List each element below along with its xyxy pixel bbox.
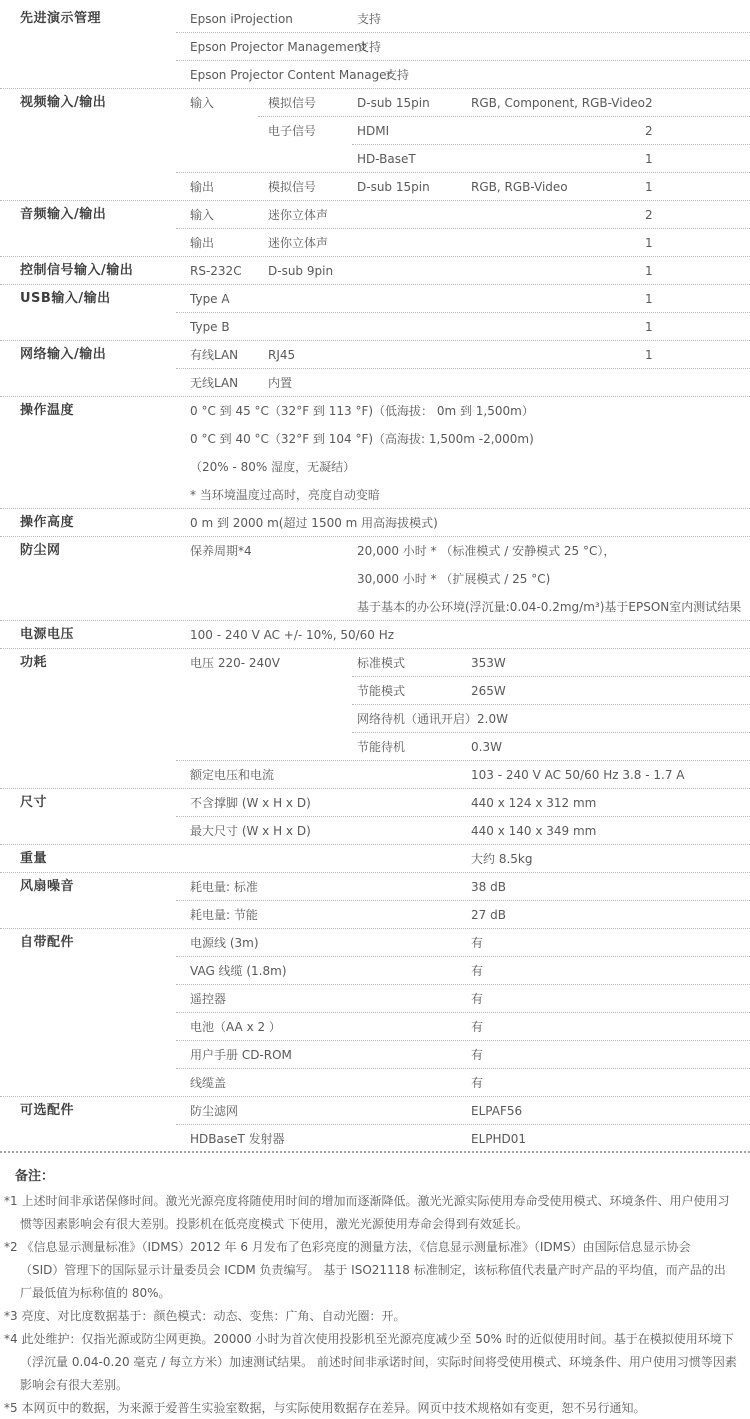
spec-cell: 最大尺寸 (W x H x D)	[190, 817, 311, 845]
note-line: *3 亮度、对比度数据基于：颜色模式：动态、变焦：广角、自动光圈：开。	[0, 1305, 750, 1328]
spec-row: 风扇噪音耗电量: 标准38 dB	[0, 873, 750, 901]
spec-cell: HDMI	[357, 117, 389, 145]
spec-cell: RGB, Component, RGB-Video	[471, 89, 645, 117]
note-line: 厂最低值为标称值的 80%。	[0, 1282, 750, 1305]
spec-cell: 有	[471, 957, 483, 985]
spec-cell: 0 °C 到 45 °C（32°F 到 113 °F)（低海拔： 0m 到 1,…	[190, 397, 534, 425]
spec-cell: 27 dB	[471, 901, 506, 929]
spec-cell: 电池（AA x 2 ）	[190, 1013, 281, 1041]
spec-cell: 无线LAN	[190, 369, 238, 397]
spec-cell: 2	[645, 89, 653, 117]
category-label: 操作高度	[20, 509, 74, 537]
spec-cell: 耗电量: 标准	[190, 873, 258, 901]
spec-cell: 2	[645, 201, 653, 229]
spec-row: （20% - 80% 湿度，无凝结）	[0, 453, 750, 481]
spec-cell: 额定电压和电流	[190, 761, 274, 789]
note-line: 惯等因素影响会有很大差别。投影机在低亮度模式 下使用，激光光源使用寿命会得到有效…	[0, 1213, 750, 1236]
notes-section: 备注： *1 上述时间非承诺保修时间。激光光源亮度将随使用时间的增加而逐渐降低。…	[0, 1164, 750, 1419]
spec-cell: 103 - 240 V AC 50/60 Hz 3.8 - 1.7 A	[471, 761, 684, 789]
category-label: 操作温度	[20, 397, 74, 425]
spec-cell: ELPAF56	[471, 1097, 522, 1125]
spec-cell: 1	[645, 285, 653, 313]
note-line: *1 上述时间非承诺保修时间。激光光源亮度将随使用时间的增加而逐渐降低。激光光源…	[0, 1190, 750, 1213]
spec-cell: 输入	[190, 89, 214, 117]
spec-cell: 有	[471, 1041, 483, 1069]
spec-cell: （20% - 80% 湿度，无凝结）	[190, 453, 355, 481]
spec-row: 电源电压100 - 240 V AC +/- 10%, 50/60 Hz	[0, 621, 750, 649]
spec-cell: 标准模式	[357, 649, 405, 677]
spec-cell: 内置	[268, 369, 292, 397]
spec-cell: 支持	[357, 33, 381, 61]
spec-cell: VAG 线缆 (1.8m)	[190, 957, 287, 985]
spec-cell: 线缆盖	[190, 1069, 226, 1097]
spec-row: * 当环境温度过高时，亮度自动变暗	[0, 481, 750, 509]
spec-cell: 迷你立体声	[268, 201, 328, 229]
spec-cell: 2	[645, 117, 653, 145]
spec-row: 可选配件防尘滤网ELPAF56	[0, 1097, 750, 1125]
spec-cell: 100 - 240 V AC +/- 10%, 50/60 Hz	[190, 621, 394, 649]
spec-row: VAG 线缆 (1.8m)有	[0, 957, 750, 985]
spec-page: 先进演示管理Epson iProjection支持Epson Projector…	[0, 0, 750, 1419]
spec-cell: 输出	[190, 229, 214, 257]
spec-row: 输出迷你立体声1	[0, 229, 750, 257]
spec-row: 控制信号输入/输出RS-232CD-sub 9pin1	[0, 257, 750, 285]
spec-cell: 20,000 小时 * （标准模式 / 安静模式 25 °C），	[357, 537, 615, 565]
spec-cell: RS-232C	[190, 257, 242, 285]
spec-cell: 迷你立体声	[268, 229, 328, 257]
spec-cell: 支持	[385, 61, 409, 89]
category-label: USB输入/输出	[20, 285, 111, 313]
spec-row: 用户手册 CD-ROM有	[0, 1041, 750, 1069]
note-lines: *1 上述时间非承诺保修时间。激光光源亮度将随使用时间的增加而逐渐降低。激光光源…	[0, 1190, 750, 1419]
spec-cell: 0 m 到 2000 m(超过 1500 m 用高海拔模式)	[190, 509, 438, 537]
category-label: 防尘网	[20, 537, 61, 565]
spec-cell: ELPHD01	[471, 1125, 526, 1153]
spec-row: 音频输入/输出输入迷你立体声2	[0, 201, 750, 229]
spec-row: 防尘网保养周期*420,000 小时 * （标准模式 / 安静模式 25 °C）…	[0, 537, 750, 565]
spec-row: 节能待机0.3W	[0, 733, 750, 761]
spec-cell: 模拟信号	[268, 173, 316, 201]
spec-cell: Type A	[190, 285, 230, 313]
spec-row: 30,000 小时 * （扩展模式 / 25 °C)	[0, 565, 750, 593]
spec-row: 操作温度0 °C 到 45 °C（32°F 到 113 °F)（低海拔： 0m …	[0, 397, 750, 425]
spec-cell: 节能待机	[357, 733, 405, 761]
spec-row: 基于基本的办公环境(浮沉量:0.04-0.2mg/m³)基于EPSON室内测试结…	[0, 593, 750, 621]
spec-cell: 440 x 140 x 349 mm	[471, 817, 596, 845]
spec-cell: 耗电量: 节能	[190, 901, 258, 929]
spec-cell: Epson Projector Management	[190, 33, 366, 61]
spec-row: 节能模式265W	[0, 677, 750, 705]
row-divider	[0, 1151, 750, 1153]
spec-cell: 有	[471, 1013, 483, 1041]
spec-row: 先进演示管理Epson iProjection支持	[0, 5, 750, 33]
category-label: 重量	[20, 845, 47, 873]
spec-cell: RGB, RGB-Video	[471, 173, 568, 201]
category-label: 控制信号输入/输出	[20, 257, 133, 285]
category-label: 可选配件	[20, 1097, 74, 1125]
spec-row: 额定电压和电流103 - 240 V AC 50/60 Hz 3.8 - 1.7…	[0, 761, 750, 789]
spec-row: HDBaseT 发射器ELPHD01	[0, 1125, 750, 1153]
category-label: 视频输入/输出	[20, 89, 106, 117]
spec-row: 操作高度0 m 到 2000 m(超过 1500 m 用高海拔模式)	[0, 509, 750, 537]
spec-cell: 防尘滤网	[190, 1097, 238, 1125]
spec-cell: 电子信号	[268, 117, 316, 145]
spec-cell: 265W	[471, 677, 506, 705]
spec-cell: HDBaseT 发射器	[190, 1125, 285, 1153]
category-label: 自带配件	[20, 929, 74, 957]
spec-row: 电子信号HDMI2	[0, 117, 750, 145]
spec-row: 尺寸不含撑脚 (W x H x D)440 x 124 x 312 mm	[0, 789, 750, 817]
spec-cell: 大约 8.5kg	[471, 845, 532, 873]
spec-row: 电池（AA x 2 ）有	[0, 1013, 750, 1041]
spec-row: 自带配件电源线 (3m)有	[0, 929, 750, 957]
spec-row: 网络输入/输出有线LANRJ451	[0, 341, 750, 369]
spec-row: Epson Projector Content Manager支持	[0, 61, 750, 89]
spec-cell: 0.3W	[471, 733, 502, 761]
spec-row: Epson Projector Management支持	[0, 33, 750, 61]
spec-cell: 输入	[190, 201, 214, 229]
category-label: 风扇噪音	[20, 873, 74, 901]
spec-cell: HD-BaseT	[357, 145, 416, 173]
spec-cell: 有	[471, 985, 483, 1013]
spec-row: USB输入/输出Type A1	[0, 285, 750, 313]
spec-cell: 有	[471, 1069, 483, 1097]
spec-cell: 电源线 (3m)	[190, 929, 259, 957]
note-line: *2 《信息显示测量标准》（IDMS）2012 年 6 月发布了色彩亮度的测量方…	[0, 1236, 750, 1259]
spec-row: 重量大约 8.5kg	[0, 845, 750, 873]
category-label: 先进演示管理	[20, 5, 101, 33]
spec-cell: 353W	[471, 649, 506, 677]
note-line: 影响会有很大差别。	[0, 1374, 750, 1397]
category-label: 功耗	[20, 649, 47, 677]
spec-row: 最大尺寸 (W x H x D)440 x 140 x 349 mm	[0, 817, 750, 845]
spec-row: 线缆盖有	[0, 1069, 750, 1097]
spec-cell: 模拟信号	[268, 89, 316, 117]
category-label: 尺寸	[20, 789, 47, 817]
spec-cell: 1	[645, 173, 653, 201]
spec-cell: 1	[645, 229, 653, 257]
spec-cell: Epson iProjection	[190, 5, 293, 33]
category-label: 电源电压	[20, 621, 74, 649]
spec-cell: 38 dB	[471, 873, 506, 901]
spec-cell: 支持	[357, 5, 381, 33]
spec-cell: 保养周期*4	[190, 537, 252, 565]
spec-cell: * 当环境温度过高时，亮度自动变暗	[190, 481, 380, 509]
spec-cell: 遥控器	[190, 985, 226, 1013]
spec-row: 耗电量: 节能27 dB	[0, 901, 750, 929]
spec-cell: 网络待机（通讯开启）2.0W	[357, 705, 508, 733]
spec-cell: D-sub 15pin	[357, 89, 430, 117]
spec-cell: 输出	[190, 173, 214, 201]
note-line: （浮沉量 0.04-0.20 毫克 / 每立方米）加速测试结果。 前述时间非承诺…	[0, 1351, 750, 1374]
spec-row: 功耗电压 220- 240V标准模式353W	[0, 649, 750, 677]
spec-row: Type B1	[0, 313, 750, 341]
spec-cell: 1	[645, 341, 653, 369]
spec-row: 遥控器有	[0, 985, 750, 1013]
spec-cell: Type B	[190, 313, 230, 341]
note-line: *4 此处维护：仅指光源或防尘网更换。20000 小时为首次使用投影机至光源亮度…	[0, 1328, 750, 1351]
note-line: *5 本网页中的数据，为来源于爱普生实验室数据，与实际使用数据存在差异。网页中技…	[0, 1397, 750, 1419]
spec-cell: RJ45	[268, 341, 295, 369]
spec-cell: 1	[645, 145, 653, 173]
spec-cell: 有	[471, 929, 483, 957]
spec-cell: 0 °C 到 40 °C（32°F 到 104 °F)（高海拔: 1,500m …	[190, 425, 534, 453]
spec-cell: 不含撑脚 (W x H x D)	[190, 789, 311, 817]
category-label: 音频输入/输出	[20, 201, 106, 229]
spec-row: 网络待机（通讯开启）2.0W	[0, 705, 750, 733]
spec-row: HD-BaseT1	[0, 145, 750, 173]
spec-cell: 440 x 124 x 312 mm	[471, 789, 596, 817]
category-label: 网络输入/输出	[20, 341, 106, 369]
spec-cell: 1	[645, 313, 653, 341]
spec-cell: 1	[645, 257, 653, 285]
spec-cell: 30,000 小时 * （扩展模式 / 25 °C)	[357, 565, 550, 593]
spec-row: 输出模拟信号D-sub 15pinRGB, RGB-Video1	[0, 173, 750, 201]
spec-row: 0 °C 到 40 °C（32°F 到 104 °F)（高海拔: 1,500m …	[0, 425, 750, 453]
spec-cell: Epson Projector Content Manager	[190, 61, 392, 89]
spec-cell: 基于基本的办公环境(浮沉量:0.04-0.2mg/m³)基于EPSON室内测试结…	[357, 593, 741, 621]
notes-title: 备注：	[0, 1164, 750, 1190]
spec-cell: 有线LAN	[190, 341, 238, 369]
spec-cell: D-sub 15pin	[357, 173, 430, 201]
spec-cell: D-sub 9pin	[268, 257, 333, 285]
spec-cell: 节能模式	[357, 677, 405, 705]
spec-cell: 电压 220- 240V	[190, 649, 280, 677]
spec-cell: 用户手册 CD-ROM	[190, 1041, 292, 1069]
spec-row: 视频输入/输出输入模拟信号D-sub 15pinRGB, Component, …	[0, 89, 750, 117]
spec-row: 无线LAN内置	[0, 369, 750, 397]
note-line: （SID）管理下的国际显示计量委员会 ICDM 负责编写。 基于 ISO2111…	[0, 1259, 750, 1282]
